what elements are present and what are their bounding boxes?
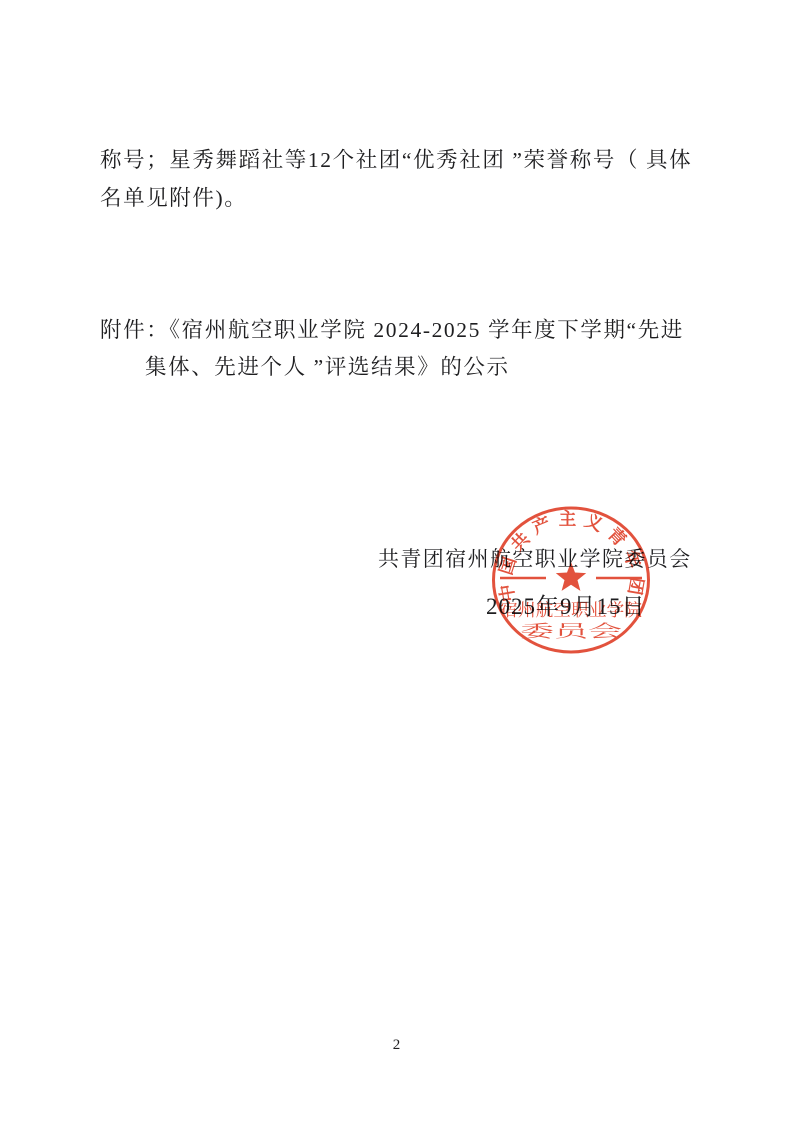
- document-page: 称号；星秀舞蹈社等12个社团“优秀社团 ”荣誉称号（ 具体 名单见附件)。 附件…: [0, 0, 793, 1122]
- star-icon: [556, 562, 586, 591]
- official-seal: 中国共产主义青年团 宿州航空职业学院 委员会: [489, 504, 653, 656]
- page-number: 2: [0, 1037, 793, 1054]
- seal-org-name: 宿州航空职业学院: [500, 600, 642, 620]
- paragraph-line-1: 称号；星秀舞蹈社等12个社团“优秀社团 ”荣誉称号（ 具体: [100, 150, 692, 172]
- seal-committee-text: 委员会: [520, 622, 622, 641]
- attachment-line-1: 附件：《宿州航空职业学院 2024-2025 学年度下学期“先进: [100, 320, 684, 342]
- seal-arc-text-holder: 中国共产主义青年团: [495, 509, 647, 603]
- attachment-line-2: 集体、先进个人 ”评选结果》的公示: [145, 357, 510, 379]
- paragraph-line-2: 名单见附件)。: [100, 188, 247, 210]
- seal-arc-text: 中国共产主义青年团: [495, 509, 647, 603]
